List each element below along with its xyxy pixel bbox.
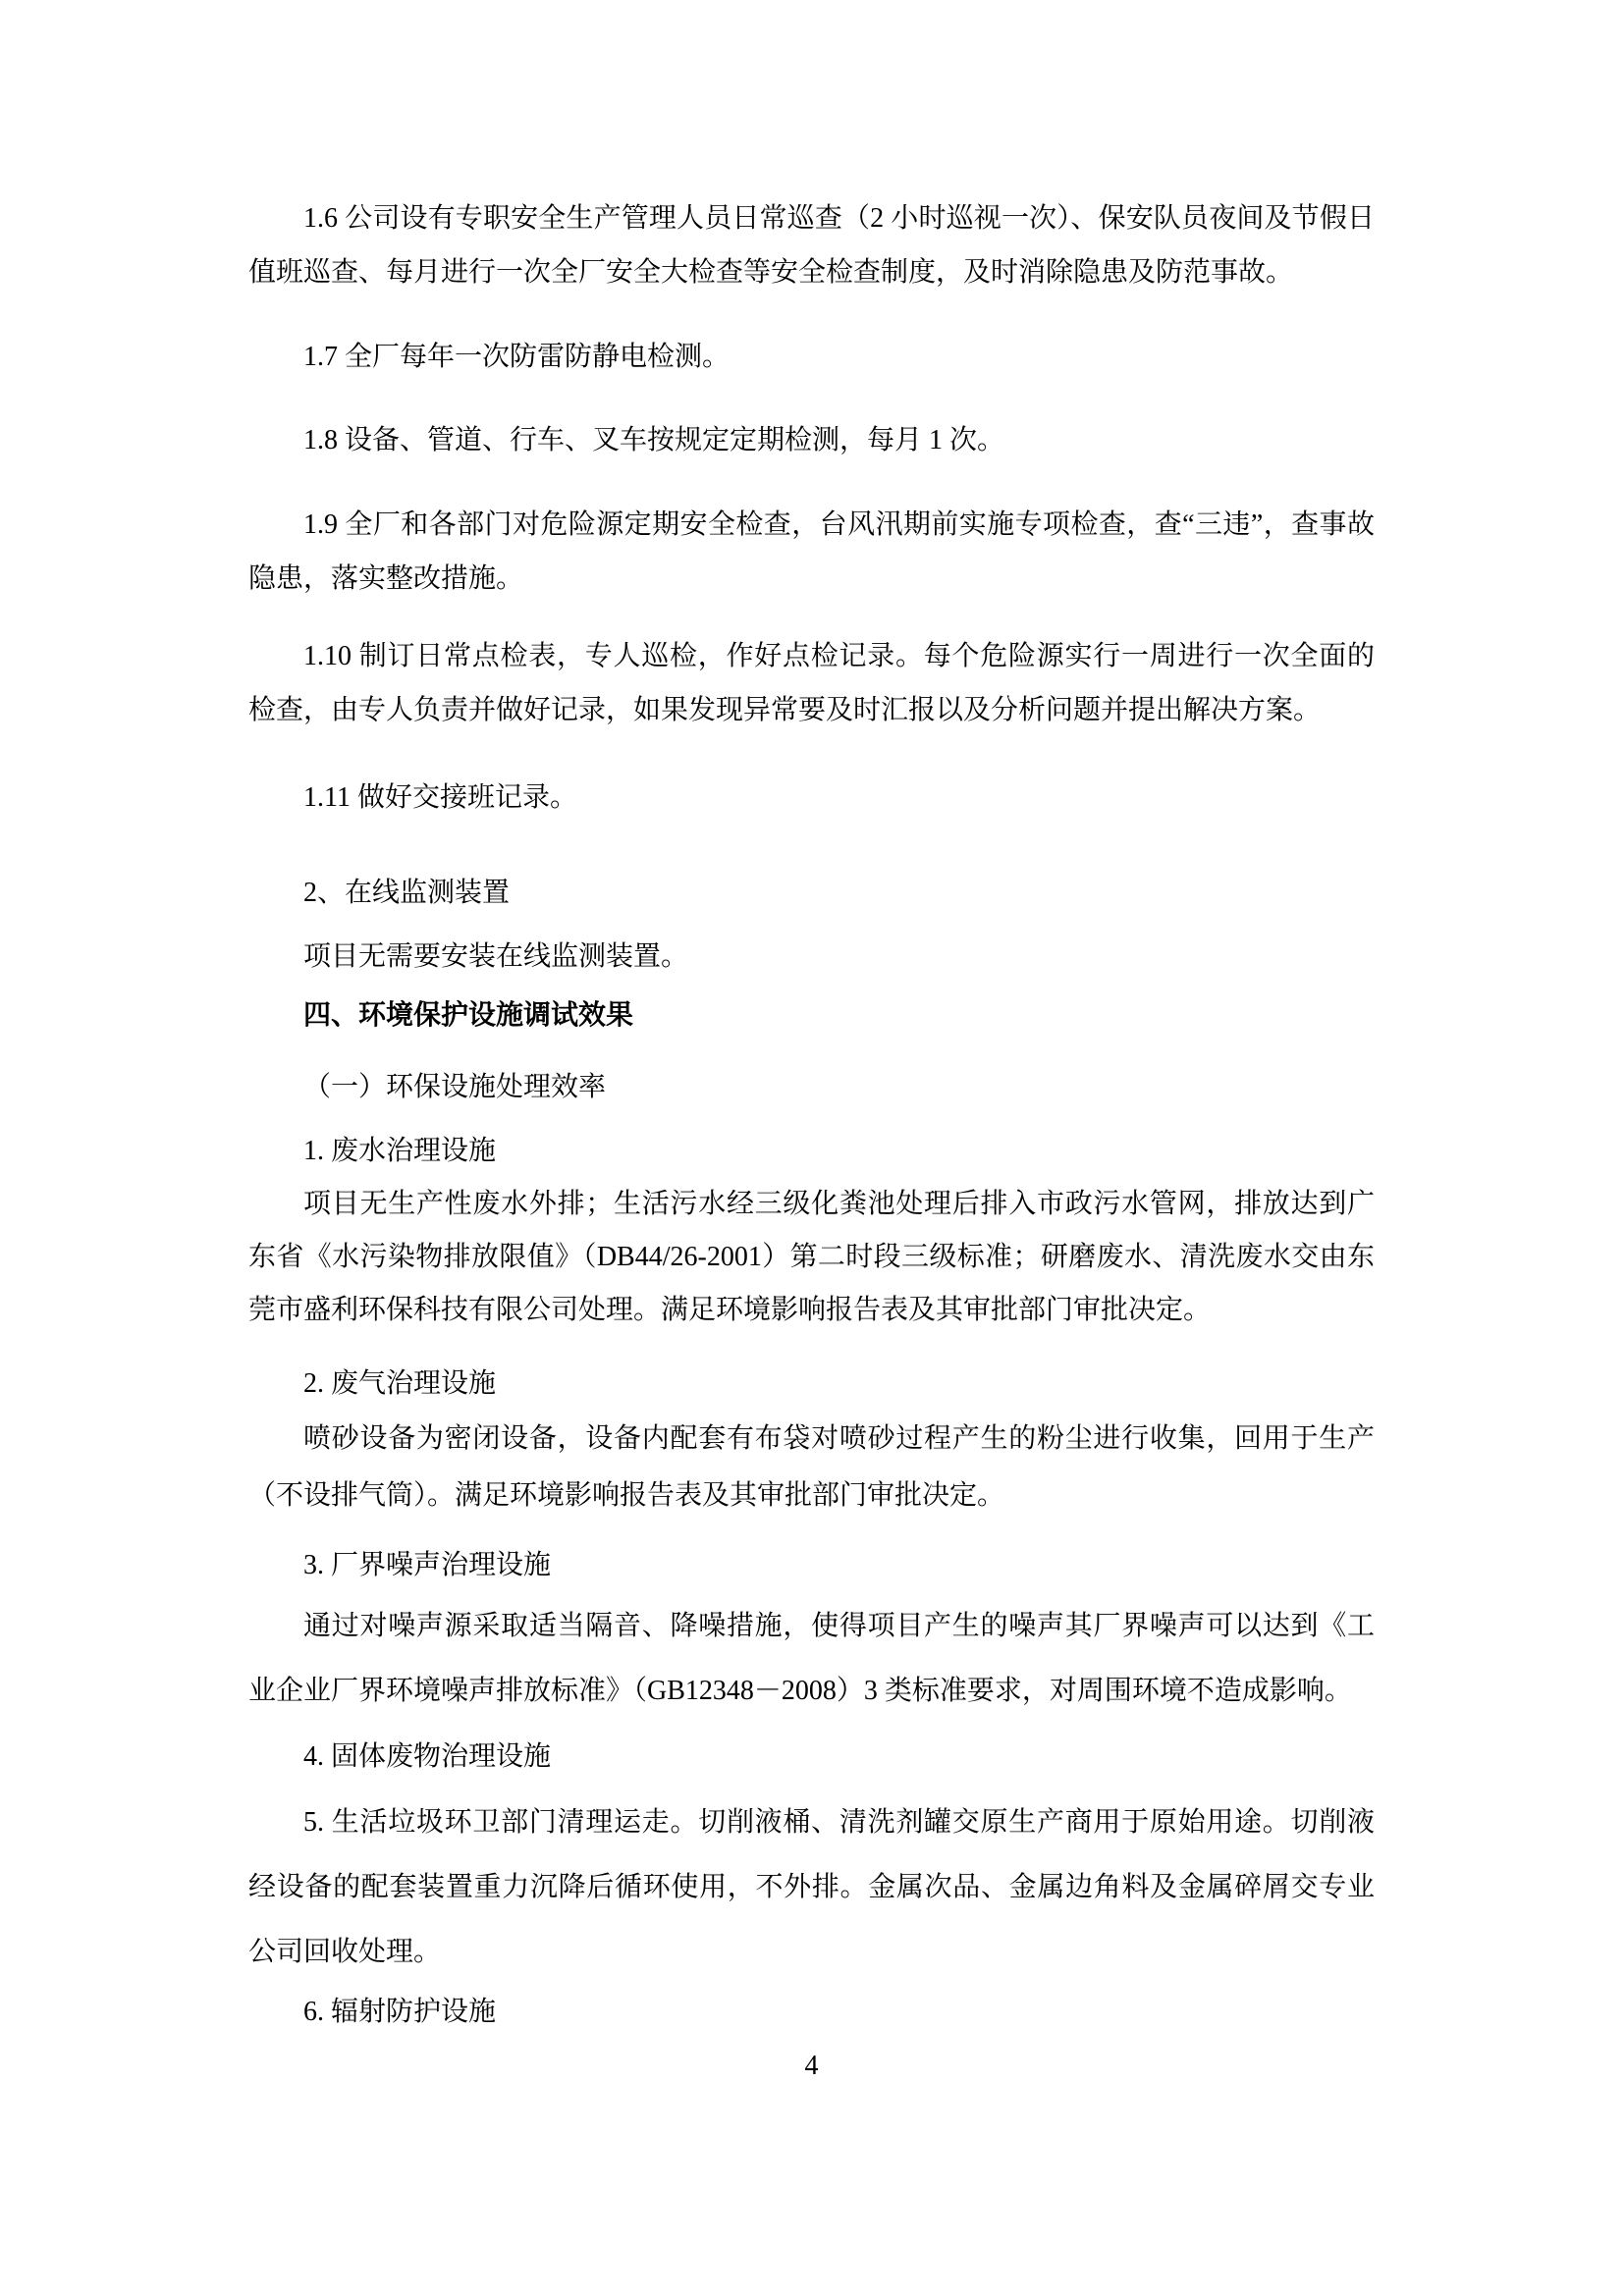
heading-radiation-protection-facility: 6. 辐射防护设施 (248, 1985, 1375, 2039)
paragraph-item-1-6: 1.6 公司设有专职安全生产管理人员日常巡查（2 小时巡视一次）、保安队员夜间及… (248, 191, 1375, 299)
heading-online-monitoring: 2、在线监测装置 (248, 866, 1375, 920)
heading-waste-gas-facility: 2. 废气治理设施 (248, 1357, 1375, 1411)
paragraph-waste-gas-body: 喷砂设备为密闭设备，设备内配套有布袋对喷砂过程产生的粉尘进行收集，回用于生产（不… (248, 1411, 1375, 1524)
page-number: 4 (248, 2039, 1375, 2093)
heading-treatment-efficiency: （一）环保设施处理效率 (248, 1060, 1375, 1114)
paragraph-wastewater-body: 项目无生产性废水外排；生活污水经三级化粪池处理后排入市政污水管网，排放达到广东省… (248, 1178, 1375, 1337)
paragraph-item-1-10: 1.10 制订日常点检表，专人巡检，作好点检记录。每个危险源实行一周进行一次全面… (248, 629, 1375, 737)
heading-env-protection-facility-effect: 四、环境保护设施调试效果 (248, 988, 1375, 1042)
paragraph-boundary-noise-body: 通过对噪声源采取适当隔音、降噪措施，使得项目产生的噪声其厂界噪声可以达到《工业企… (248, 1594, 1375, 1724)
paragraph-online-monitoring-body: 项目无需要安装在线监测装置。 (248, 930, 1375, 984)
paragraph-item-1-8: 1.8 设备、管道、行车、叉车按规定定期检测，每月 1 次。 (248, 413, 1375, 467)
paragraph-solid-waste-body: 5. 生活垃圾环卫部门清理运走。切削液桶、清洗剂罐交原生产商用于原始用途。切削液… (248, 1790, 1375, 1985)
paragraph-item-1-7: 1.7 全厂每年一次防雷防静电检测。 (248, 330, 1375, 384)
document-page: 1.6 公司设有专职安全生产管理人员日常巡查（2 小时巡视一次）、保安队员夜间及… (0, 0, 1624, 2296)
heading-wastewater-facility: 1. 废水治理设施 (248, 1124, 1375, 1178)
heading-solid-waste-facility: 4. 固体废物治理设施 (248, 1730, 1375, 1784)
paragraph-item-1-9: 1.9 全厂和各部门对危险源定期安全检查，台风汛期前实施专项检查，查“三违”，查… (248, 498, 1375, 606)
heading-boundary-noise-facility: 3. 厂界噪声治理设施 (248, 1538, 1375, 1592)
paragraph-item-1-11: 1.11 做好交接班记录。 (248, 771, 1375, 825)
